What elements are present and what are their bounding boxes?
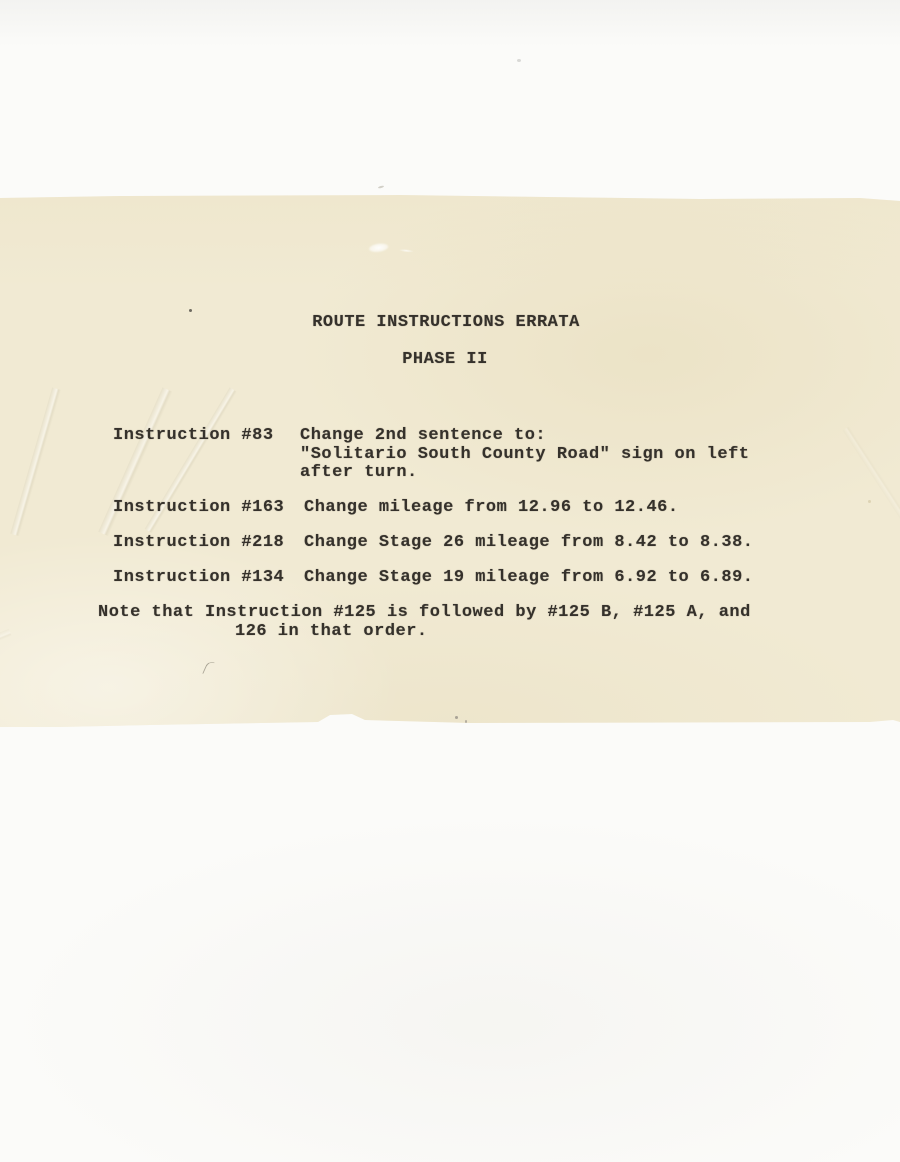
entry-label: Instruction #83 (113, 427, 274, 446)
ink-speck (189, 309, 192, 312)
document-title: ROUTE INSTRUCTIONS ERRATA (312, 314, 580, 333)
entry-line: after turn. (300, 463, 418, 482)
note-line: Note that Instruction #125 is followed b… (98, 604, 751, 623)
entry-label: Instruction #163 (113, 499, 284, 518)
entry-label: Instruction #218 (113, 534, 284, 553)
pencil-speck (455, 716, 458, 719)
note-line: 126 in that order. (235, 623, 428, 642)
paper-crease (843, 426, 900, 624)
paper-crease (0, 629, 12, 664)
entry-text: Change mileage from 12.96 to 12.46. (304, 499, 679, 518)
document-subtitle: PHASE II (402, 351, 488, 370)
pencil-speck (465, 720, 467, 723)
paper-speck (868, 500, 871, 503)
entry-line: Change Stage 26 mileage from 8.42 to 8.3… (304, 533, 753, 552)
scanned-document-screenshot: { "document": { "title": "ROUTE INSTRUCT… (0, 0, 900, 1162)
entry-line: "Solitario South County Road" sign on le… (300, 445, 749, 464)
entry-label: Instruction #134 (113, 569, 284, 588)
entry-text: Change Stage 26 mileage from 8.42 to 8.3… (304, 534, 753, 553)
entry-text: Change Stage 19 mileage from 6.92 to 6.8… (304, 569, 753, 588)
entry-line: Change mileage from 12.96 to 12.46. (304, 498, 679, 517)
paper-crease (10, 387, 62, 536)
entry-text: Change 2nd sentence to:"Solitario South … (300, 427, 749, 483)
scan-speck (517, 59, 521, 62)
entry-line: Change Stage 19 mileage from 6.92 to 6.8… (304, 568, 753, 587)
entry-line: Change 2nd sentence to: (300, 426, 546, 445)
